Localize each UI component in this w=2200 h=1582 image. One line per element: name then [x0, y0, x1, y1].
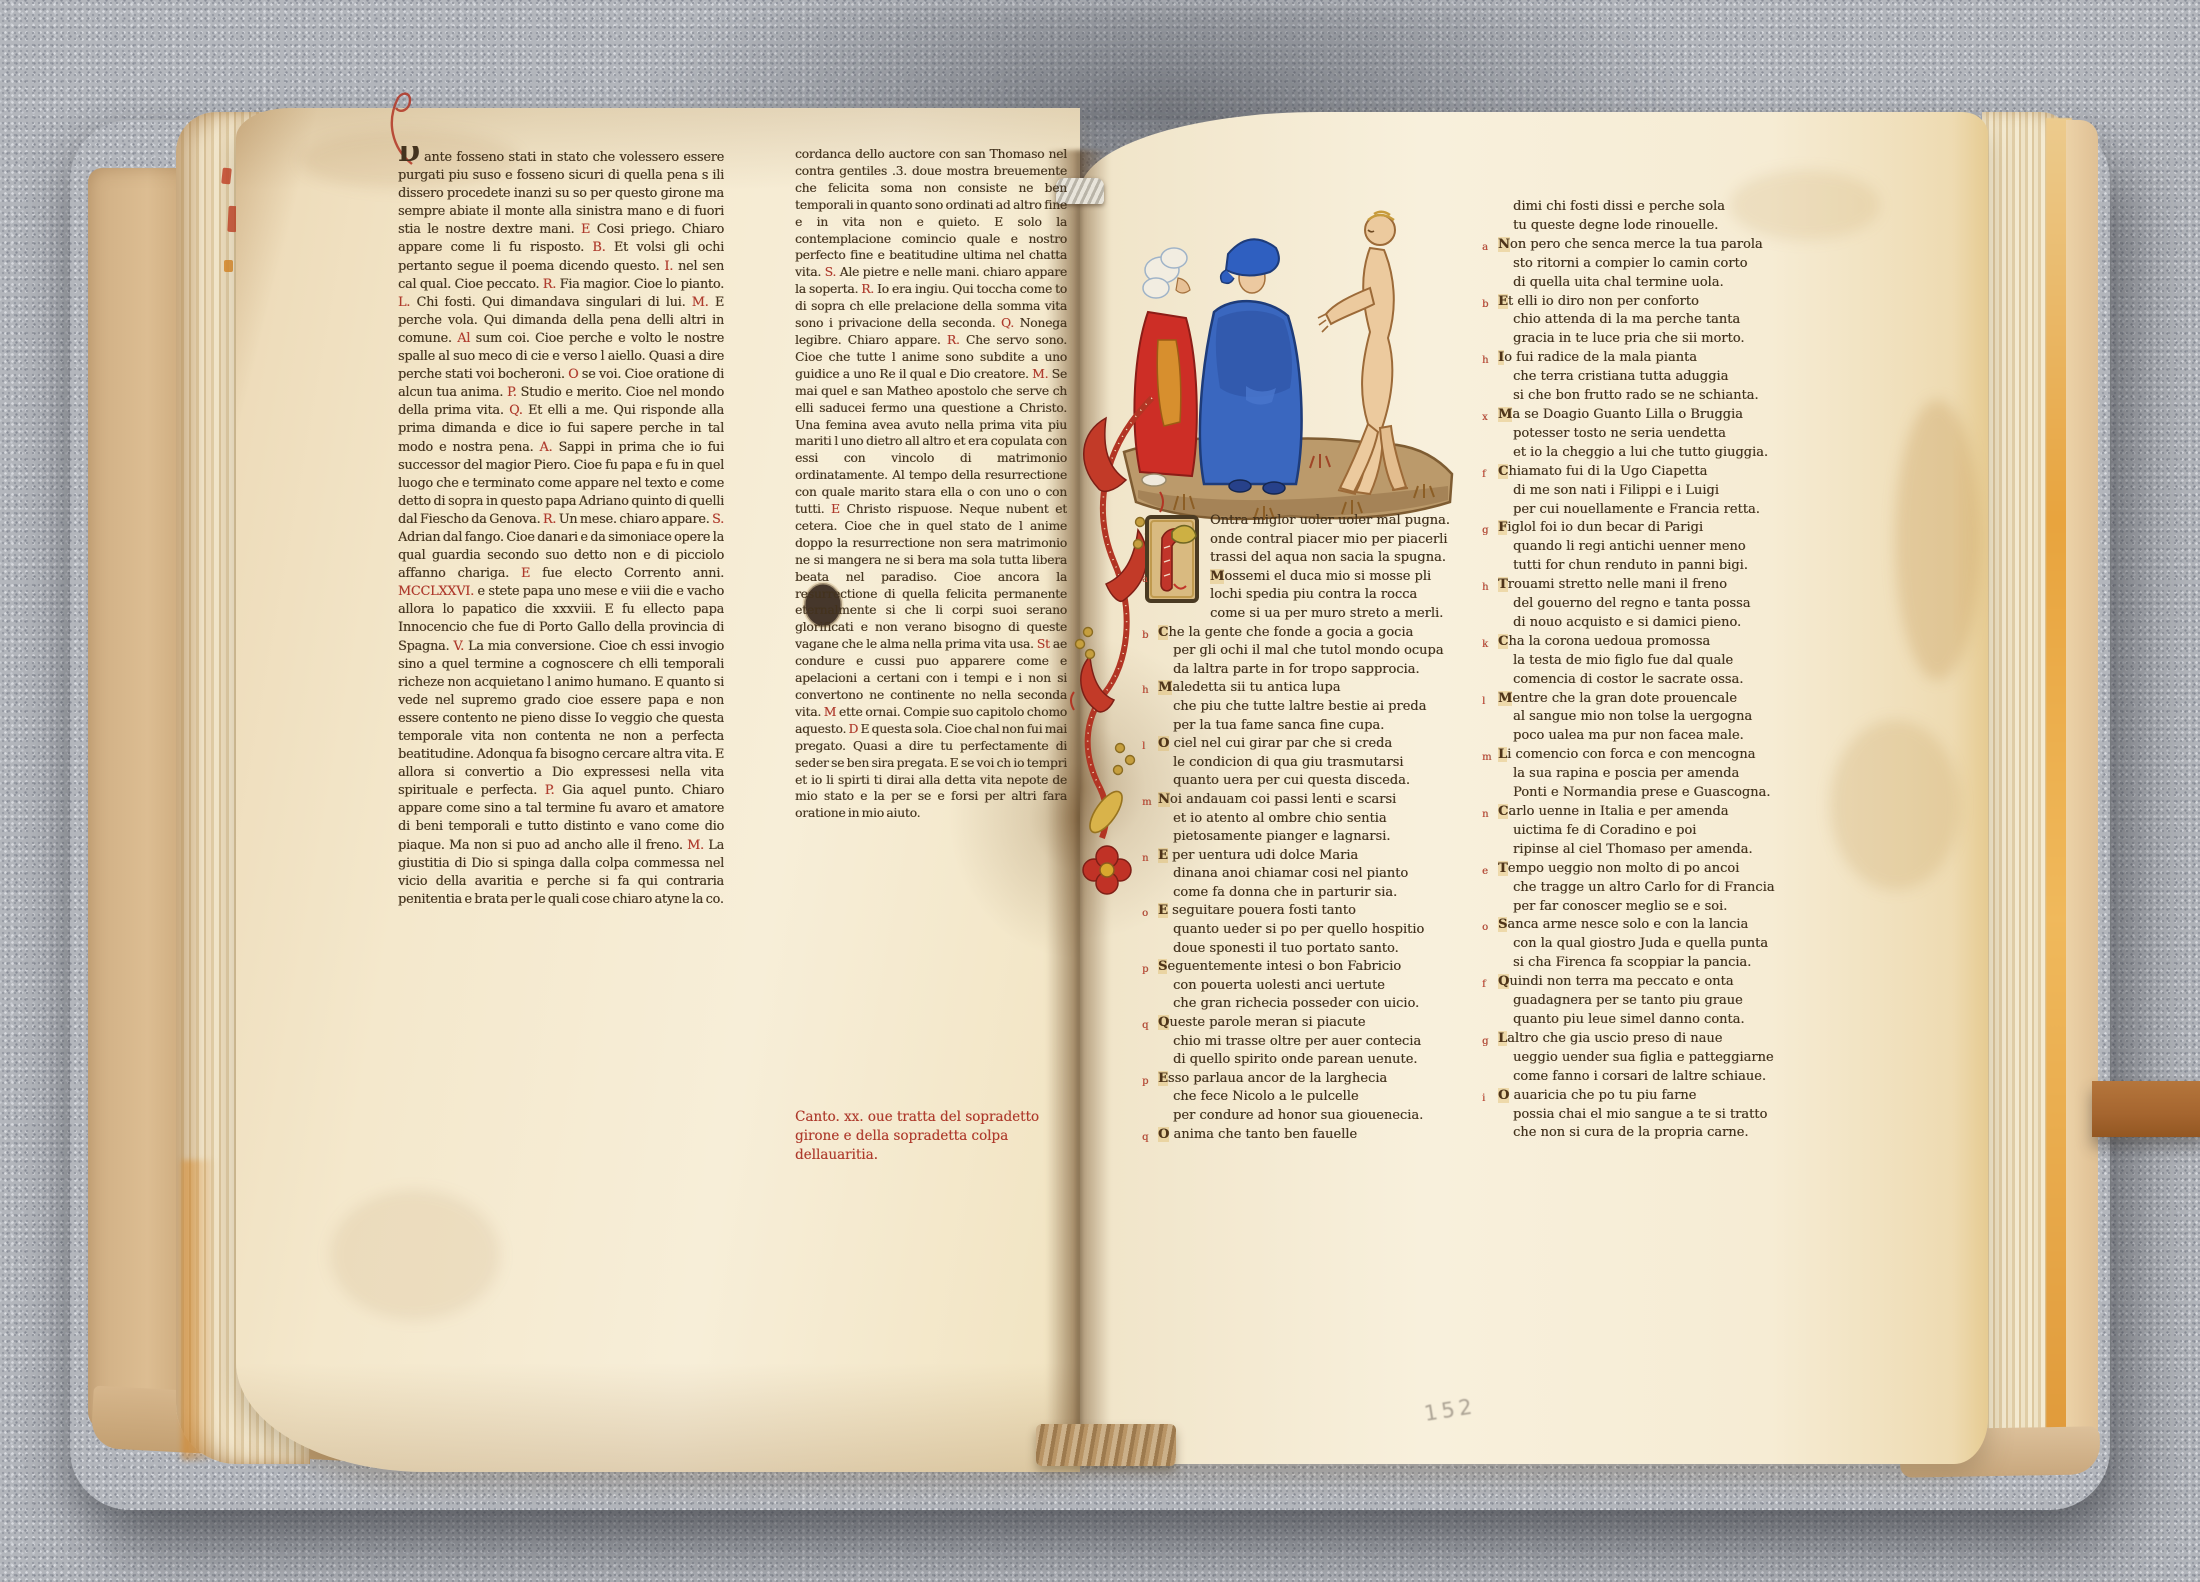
verse-line: che piu che tutte laltre bestie ai preda	[1158, 698, 1454, 717]
verse-line: Esso parlaua ancor de la larghecia	[1158, 1070, 1454, 1089]
verse-line: Figlol foi io dun becar di Parigi	[1498, 519, 1828, 538]
verse-line: Ponti e Normandia prese e Guascogna.	[1498, 784, 1828, 803]
verse-line: potesser tosto ne seria uendetta	[1498, 425, 1828, 444]
verse-line: E per uentura udi dolce Maria	[1158, 847, 1454, 866]
commentary-run: P.	[507, 385, 521, 400]
commentary-run: M.	[1032, 367, 1052, 381]
parchment-stain	[330, 1190, 500, 1320]
fore-edge-red-speck	[221, 168, 232, 185]
verse-line: di me son nati i Filippi e i Luigi	[1498, 482, 1828, 501]
verse-line: come fa donna che in parturir sia.	[1158, 884, 1454, 903]
figure-blue-robe	[1200, 239, 1302, 494]
verse-line: tu queste degne lode rinouelle.	[1498, 217, 1828, 236]
verse-line: Noi andauam coi passi lenti e scarsi	[1158, 791, 1454, 810]
verse-line: et io la cheggio a lui che tutto giuggia…	[1498, 444, 1828, 463]
verse-line: si cha Firenca fa scoppiar la pancia.	[1498, 954, 1828, 973]
commentary-run: Q.	[509, 403, 528, 418]
border-flower	[1083, 846, 1131, 894]
verse-line: che non si cura de la propria carne.	[1498, 1124, 1828, 1143]
verse-line: Sanca arme nesce solo e con la lancia	[1498, 916, 1828, 935]
verse-line: con la qual giostro Juda e quella punta	[1498, 935, 1828, 954]
page-edge-stain	[182, 1160, 216, 1460]
commentary-run: cordanca dello auctore con san Thomaso n…	[795, 147, 1067, 279]
verse-line: O ciel nel cui girar par che si creda	[1158, 735, 1454, 754]
verse-column-1: Ontra miglor uoler uoler mal pugna.onde …	[1158, 512, 1454, 1144]
floral-border-decoration	[1068, 392, 1172, 912]
verse-line: sto ritorni a compier lo camin corto	[1498, 255, 1828, 274]
commentary-run: A.	[539, 440, 558, 455]
verse-line: comencia di costor le sacrate ossa.	[1498, 671, 1828, 690]
verse-line: per gli ochi il mal che tutol mondo ocup…	[1158, 642, 1454, 661]
verse-line: quando li regi antichi uenner meno	[1498, 538, 1828, 557]
commentary-run: M.	[692, 295, 715, 310]
verse-line: per condure ad honor sua giouenecia.	[1158, 1107, 1454, 1126]
commentary-run: R.	[861, 282, 877, 296]
verse-line: chio attenda di la ma perche tanta	[1498, 311, 1828, 330]
commentary-column-1: D ante fosseno stati in stato che voless…	[398, 146, 724, 1143]
canto-rubric: Canto. xx. oue tratta del sopradetto gir…	[795, 1108, 1071, 1165]
commentary-run: R.	[543, 277, 560, 292]
verse-line: Laltro che gia uscio preso di naue	[1498, 1030, 1828, 1049]
commentary-run: B.	[592, 240, 613, 255]
commentary-run: Fia magior. Cioe lo pianto.	[560, 277, 724, 292]
commentary-run: Se mai quel e san Matheo apostolo che se…	[795, 367, 1067, 516]
verse-line: di quella uita chal termine uola.	[1498, 274, 1828, 293]
verse-line: la sua rapina e poscia per amenda	[1498, 765, 1828, 784]
verse-line: ueggio uender sua figlia e patteggiarne	[1498, 1049, 1828, 1068]
verse-line: le condicion di qua giu trasmutarsi	[1158, 754, 1454, 773]
verse-line: Carlo uenne in Italia e per amenda	[1498, 803, 1828, 822]
verse-line: che tragge un altro Carlo for di Francia	[1498, 879, 1828, 898]
verse-line: Seguentemente intesi o bon Fabricio	[1158, 958, 1454, 977]
verse-line: O auaricia che po tu piu farne	[1498, 1087, 1828, 1106]
verse-line: Ma se Doagio Guanto Lilla o Bruggia	[1498, 406, 1828, 425]
verse-line: del gouerno del regno e tanta possa	[1498, 595, 1828, 614]
commentary-run: L.	[398, 295, 416, 310]
commentary-run: M	[824, 705, 839, 719]
tailband	[1036, 1424, 1176, 1466]
verse-line: chio mi trasse oltre per auer contecia	[1158, 1033, 1454, 1052]
verse-line: da laltra parte in for tropo sapprocia.	[1158, 661, 1454, 680]
verse-line: Maledetta sii tu antica lupa	[1158, 679, 1454, 698]
verse-line: guadagnera per se tanto piu graue	[1498, 992, 1828, 1011]
verse-line: pietosamente pianger e lagnarsi.	[1158, 828, 1454, 847]
verse-line: si che bon frutto rado se ne schianta.	[1498, 387, 1828, 406]
verse-line: la testa de mio figlo fue dal quale	[1498, 652, 1828, 671]
verse-line: doue sponesti il tuo portato santo.	[1158, 940, 1454, 959]
verse-line: Cha la corona uedoua promossa	[1498, 633, 1828, 652]
commentary-run: fue electo Corrento anni.	[542, 566, 724, 581]
leather-clasp-strap	[2092, 1081, 2200, 1137]
verse-line: E seguitare pouera fosti tanto	[1158, 902, 1454, 921]
commentary-run: Christo rispuose. Neque nubent et cetera…	[795, 502, 1067, 651]
verse-line: Trouami stretto nelle mani il freno	[1498, 576, 1828, 595]
commentary-run: P.	[545, 783, 562, 798]
commentary-run: La mia conversione. Cioe ch essi invogio…	[398, 639, 724, 799]
commentary-run: Un mese. chiaro appare.	[559, 512, 712, 527]
commentary-run: S.	[712, 512, 724, 527]
initial-d: D	[398, 146, 419, 167]
verse-line: al sangue mio non tolse la uergogna	[1498, 708, 1828, 727]
commentary-run: E questa sola. Cioe chal non fui mai pre…	[795, 722, 1067, 821]
manuscript-photo: D ante fosseno stati in stato che voless…	[0, 0, 2200, 1582]
verse-line: Quindi non terra ma peccato e onta	[1498, 973, 1828, 992]
verse-line: Chiamato fui di la Ugo Ciapetta	[1498, 463, 1828, 482]
verse-line: Mossemi el duca mio si mosse pli	[1158, 568, 1454, 587]
commentary-run: V.	[453, 639, 468, 654]
verse-line: Mentre che la gran dote prouencale	[1498, 690, 1828, 709]
verse-line: O anima che tanto ben fauelle	[1158, 1126, 1454, 1145]
verse-line: per la tua fame sanca fine cupa.	[1158, 717, 1454, 736]
verse-line: per cui nouellamente e Francia retta.	[1498, 501, 1828, 520]
commentary-run: St	[1037, 637, 1053, 651]
commentary-run: R.	[947, 333, 966, 347]
commentary-run: D	[848, 722, 860, 736]
verse-line: lochi spedia piu contra la rocca	[1158, 586, 1454, 605]
verse-line: quanto piu leue simel danno conta.	[1498, 1011, 1828, 1030]
verse-line: trassi del aqua non sacia la spugna.	[1158, 549, 1454, 568]
verse-line: ripinse al ciel Thomaso per amenda.	[1498, 841, 1828, 860]
verse-column-2: dimi chi fosti dissi e perche solatu que…	[1498, 198, 1828, 1143]
verse-line: che fece Nicolo a le pulcelle	[1158, 1088, 1454, 1107]
verse-line: Et elli io diro non per conforto	[1498, 293, 1828, 312]
verse-line: Tempo ueggio non molto di po ancoi	[1498, 860, 1828, 879]
commentary-run: I.	[664, 259, 678, 274]
verse-line: che terra cristiana tutta aduggia	[1498, 368, 1828, 387]
verse-line: tutti for chun renduto in panni bigi.	[1498, 557, 1828, 576]
verse-line: gracia in te luce pria che sii morto.	[1498, 330, 1828, 349]
commentary-run: R.	[543, 512, 559, 527]
parchment-stain	[1830, 720, 1960, 890]
commentary-run: M.	[687, 838, 708, 853]
verse-line: onde contral piacer mio per piacerli	[1158, 531, 1454, 550]
verse-line: uictima fe di Coradino e poi	[1498, 822, 1828, 841]
verse-line: quanto uera per cui questa disceda.	[1158, 772, 1454, 791]
verse-line: di quello spirito onde parean uenute.	[1158, 1051, 1454, 1070]
commentary-run: O	[568, 367, 582, 382]
commentary-run: E	[831, 502, 846, 516]
verse-line: di nouo acquisto e si damici pieno.	[1498, 614, 1828, 633]
verse-line: con pouerta uolesti anci uertute	[1158, 977, 1454, 996]
fore-edge-gold-speck	[224, 260, 233, 272]
verse-line: poco ualea ma pur non facea male.	[1498, 727, 1828, 746]
commentary-run: E	[581, 222, 597, 237]
parchment-stain	[1895, 400, 1980, 680]
commentary-run: S.	[825, 265, 840, 279]
verse-line: dimi chi fosti dissi e perche sola	[1498, 198, 1828, 217]
verse-line: Li comencio con forca e con mencogna	[1498, 746, 1828, 765]
verse-line: dinana anoi chiamar cosi nel pianto	[1158, 865, 1454, 884]
commentary-column-2: cordanca dello auctore con san Thomaso n…	[795, 146, 1067, 1104]
commentary-run: Chi fosti. Qui dimandava singulari di lu…	[416, 295, 691, 310]
verse-line: per far conoscer meglio se e soi.	[1498, 898, 1828, 917]
verse-line: quanto ueder si po per quello hospitio	[1158, 921, 1454, 940]
verse-line: come si ua per muro streto a merli.	[1158, 605, 1454, 624]
right-cover-board-edge	[2066, 120, 2098, 1460]
verse-line: come fanno i corsari de laltre schiaue.	[1498, 1068, 1828, 1087]
verse-line: Ontra miglor uoler uoler mal pugna.	[1158, 512, 1454, 531]
commentary-run: Al	[457, 331, 475, 346]
verse-line: che gran richecia posseder con uicio.	[1158, 995, 1454, 1014]
commentary-run: MCCLXXVI.	[398, 584, 477, 599]
verse-line: Queste parole meran si piacute	[1158, 1014, 1454, 1033]
commentary-run: E	[521, 566, 542, 581]
verse-line: et io atento al ombre chio sentia	[1158, 810, 1454, 829]
verse-line: possia chai el mio sangue a te si tratto	[1498, 1106, 1828, 1125]
commentary-run: Q.	[1001, 316, 1020, 330]
verse-line: Io fui radice de la mala pianta	[1498, 349, 1828, 368]
verse-line: Non pero che senca merce la tua parola	[1498, 236, 1828, 255]
verse-line: Che la gente che fonde a gocia a gocia	[1158, 624, 1454, 643]
